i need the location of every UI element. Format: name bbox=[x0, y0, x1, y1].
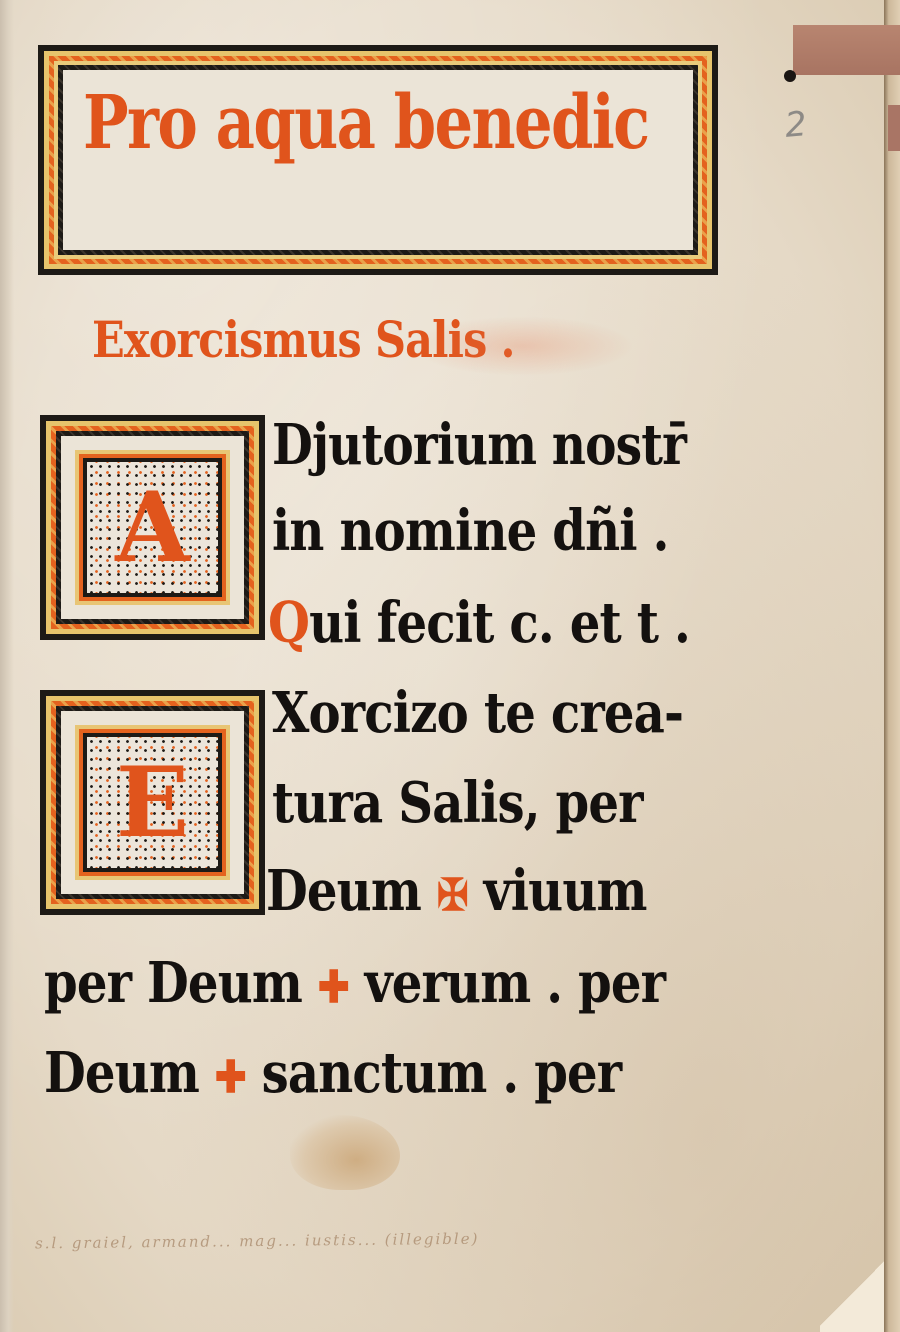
marginal-note: s.l. graiel, armand... mag... iustis... … bbox=[35, 1230, 480, 1253]
line-text: Djutorium nostr̄ bbox=[272, 412, 686, 478]
dotted-field: A bbox=[87, 462, 218, 593]
ink-blot bbox=[784, 70, 796, 82]
line-text: verum . per bbox=[365, 950, 666, 1016]
red-cross-icon: ✚ bbox=[318, 962, 349, 1013]
initial-letter-a: A bbox=[115, 480, 189, 576]
rubric-heading: Exorcismus Salis . bbox=[92, 310, 515, 369]
text-line-8: Deum ✚ sanctum . per bbox=[44, 1040, 621, 1106]
text-line-7: per Deum ✚ verum . per bbox=[44, 950, 665, 1016]
line-text: per Deum bbox=[44, 950, 302, 1016]
folded-corner bbox=[820, 1255, 884, 1332]
page-tab[interactable] bbox=[793, 25, 900, 75]
red-initial-q: Q bbox=[268, 590, 309, 656]
cross-pattee-icon: ✠ bbox=[437, 870, 468, 921]
line-text: ui fecit c. et t . bbox=[309, 590, 690, 656]
line-text: viuum bbox=[484, 858, 647, 924]
water-stain bbox=[290, 1115, 400, 1190]
dotted-field: E bbox=[87, 737, 218, 868]
initial-e-frame: E bbox=[40, 690, 265, 915]
folio-number: 2 bbox=[783, 104, 808, 146]
binding-gutter bbox=[884, 0, 900, 1332]
page-tab-lower bbox=[888, 105, 900, 151]
title-border-frame: Pro aqua benedic bbox=[38, 45, 718, 275]
line-text: in nomine dñi . bbox=[272, 498, 669, 564]
text-line-1: Djutorium nostr̄ bbox=[272, 412, 686, 478]
line-text: tura Salis, per bbox=[272, 770, 643, 836]
manuscript-page: Pro aqua benedic Exorcismus Salis . A bbox=[0, 0, 884, 1332]
red-cross-icon: ✚ bbox=[215, 1052, 246, 1103]
line-text: Xorcizo te crea- bbox=[272, 680, 683, 746]
text-line-4: Xorcizo te crea- bbox=[272, 680, 683, 746]
initial-a-frame: A bbox=[40, 415, 265, 640]
text-line-5: tura Salis, per bbox=[272, 770, 643, 836]
text-line-3: Qui fecit c. et t . bbox=[268, 590, 690, 656]
text-line-2: in nomine dñi . bbox=[272, 498, 669, 564]
initial-letter-e: E bbox=[116, 755, 189, 851]
line-text: Deum bbox=[44, 1040, 199, 1106]
line-text: Deum bbox=[266, 858, 421, 924]
title-heading: Pro aqua benedic bbox=[83, 80, 583, 166]
ink-smudge bbox=[410, 316, 634, 376]
page-left-edge bbox=[0, 0, 14, 1332]
line-text: sanctum . per bbox=[262, 1040, 622, 1106]
text-line-6: Deum ✠ viuum bbox=[266, 858, 647, 924]
